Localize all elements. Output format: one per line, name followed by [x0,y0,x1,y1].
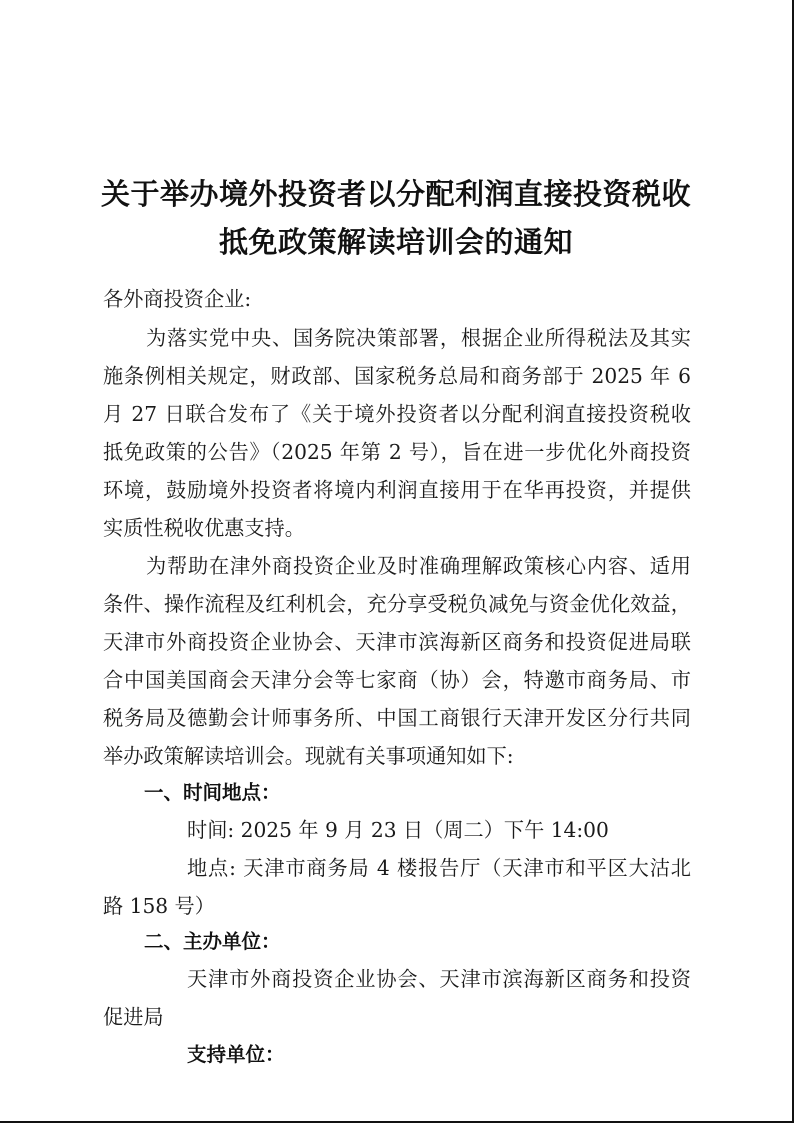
event-location-line: 地点: 天津市商务局 4 楼报告厅（天津市和平区大沽北 [187,853,691,883]
section-1-heading: 一、时间地点： [144,778,281,808]
paragraph-1-line: 为落实党中央、国务院决策部署，根据企业所得税法及其实 [146,323,691,353]
paragraph-2-line: 合中国美国商会天津分会等七家商（协）会，特邀市商务局、市 [103,665,691,695]
salutation: 各外商投资企业: [103,284,691,314]
paragraph-1-line: 月 27 日联合发布了《关于境外投资者以分配利润直接投资税收 [103,399,691,429]
paragraph-2-line: 税务局及德勤会计师事务所、中国工商银行天津开发区分行共同 [103,703,691,733]
paragraph-1-line: 实质性税收优惠支持。 [103,513,691,543]
paragraph-1-line: 环境，鼓励境外投资者将境内利润直接用于在华再投资，并提供 [103,475,691,505]
organizer-line: 促进局 [103,1002,691,1032]
organizer-line: 天津市外商投资企业协会、天津市滨海新区商务和投资 [187,964,691,994]
document-title-line-2: 抵免政策解读培训会的通知 [0,220,792,261]
paragraph-2-line: 举办政策解读培训会。现就有关事项通知如下: [103,741,691,771]
paragraph-1-line: 施条例相关规定，财政部、国家税务总局和商务部于 2025 年 6 [103,361,691,391]
paragraph-2-line: 条件、操作流程及红利机会，充分享受税负减免与资金优化效益， [103,589,691,619]
event-time: 时间: 2025 年 9 月 23 日（周二）下午 14:00 [187,815,691,845]
paragraph-2-line: 天津市外商投资企业协会、天津市滨海新区商务和投资促进局联 [103,627,691,657]
support-units-heading: 支持单位： [187,1040,285,1070]
document-page: 关于举办境外投资者以分配利润直接投资税收 抵免政策解读培训会的通知 各外商投资企… [0,0,794,1123]
event-location-line: 路 158 号） [103,891,691,921]
paragraph-1-line: 抵免政策的公告》（2025 年第 2 号），旨在进一步优化外商投资 [103,437,691,467]
document-title-line-1: 关于举办境外投资者以分配利润直接投资税收 [0,172,792,213]
paragraph-2-line: 为帮助在津外商投资企业及时准确理解政策核心内容、适用 [146,551,691,581]
section-2-heading: 二、主办单位： [144,927,281,957]
